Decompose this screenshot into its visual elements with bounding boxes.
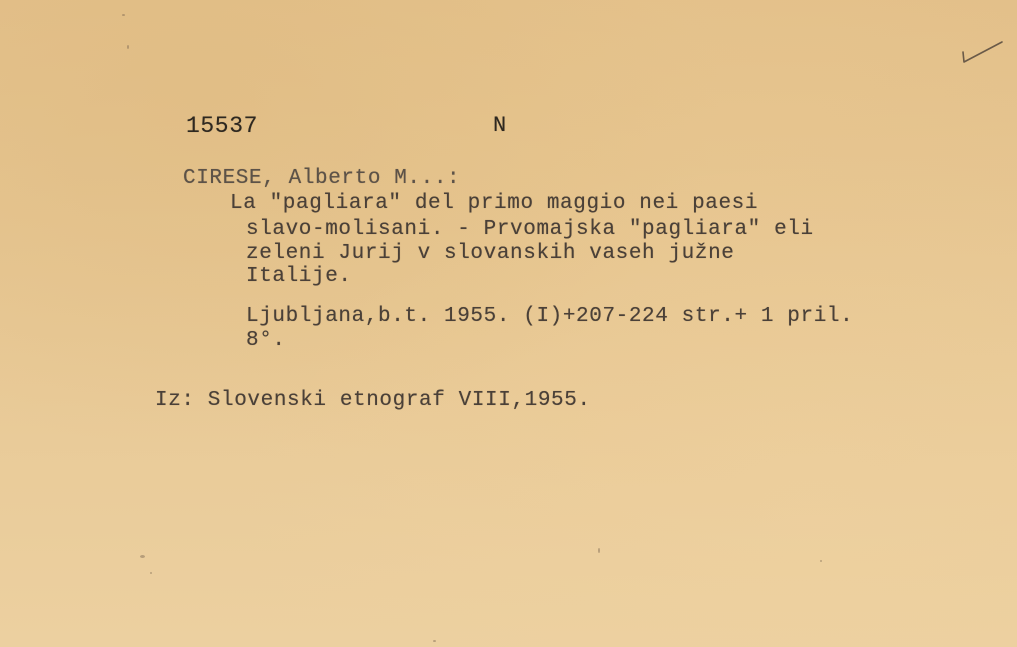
title-line-3: zeleni Jurij v slovanskih vaseh južne [246, 243, 734, 264]
paper-speck [820, 560, 822, 562]
paper-speck [127, 45, 129, 49]
imprint-line-1: Ljubljana,b.t. 1955. (I)+207-224 str.+ 1… [246, 306, 853, 327]
author-heading: CIRESE, Alberto M...: [183, 168, 460, 189]
checkmark-icon [958, 36, 1006, 66]
title-line-1: La "pagliara" del primo maggio nei paesi [230, 193, 758, 214]
paper-speck [150, 572, 152, 574]
imprint-line-2: 8°. [246, 330, 286, 351]
collection-mark: N [493, 115, 507, 137]
catalog-card: 15537 N CIRESE, Alberto M...: La "paglia… [0, 0, 1017, 647]
paper-speck [598, 548, 600, 553]
paper-speck [122, 14, 125, 16]
accession-number: 15537 [186, 115, 258, 138]
title-line-2: slavo-molisani. - Prvomajska "pagliara" … [246, 219, 814, 240]
paper-speck [433, 640, 436, 642]
title-line-4: Italije. [246, 266, 352, 287]
source-note: Iz: Slovenski etnograf VIII,1955. [155, 390, 591, 411]
paper-speck [140, 555, 145, 558]
